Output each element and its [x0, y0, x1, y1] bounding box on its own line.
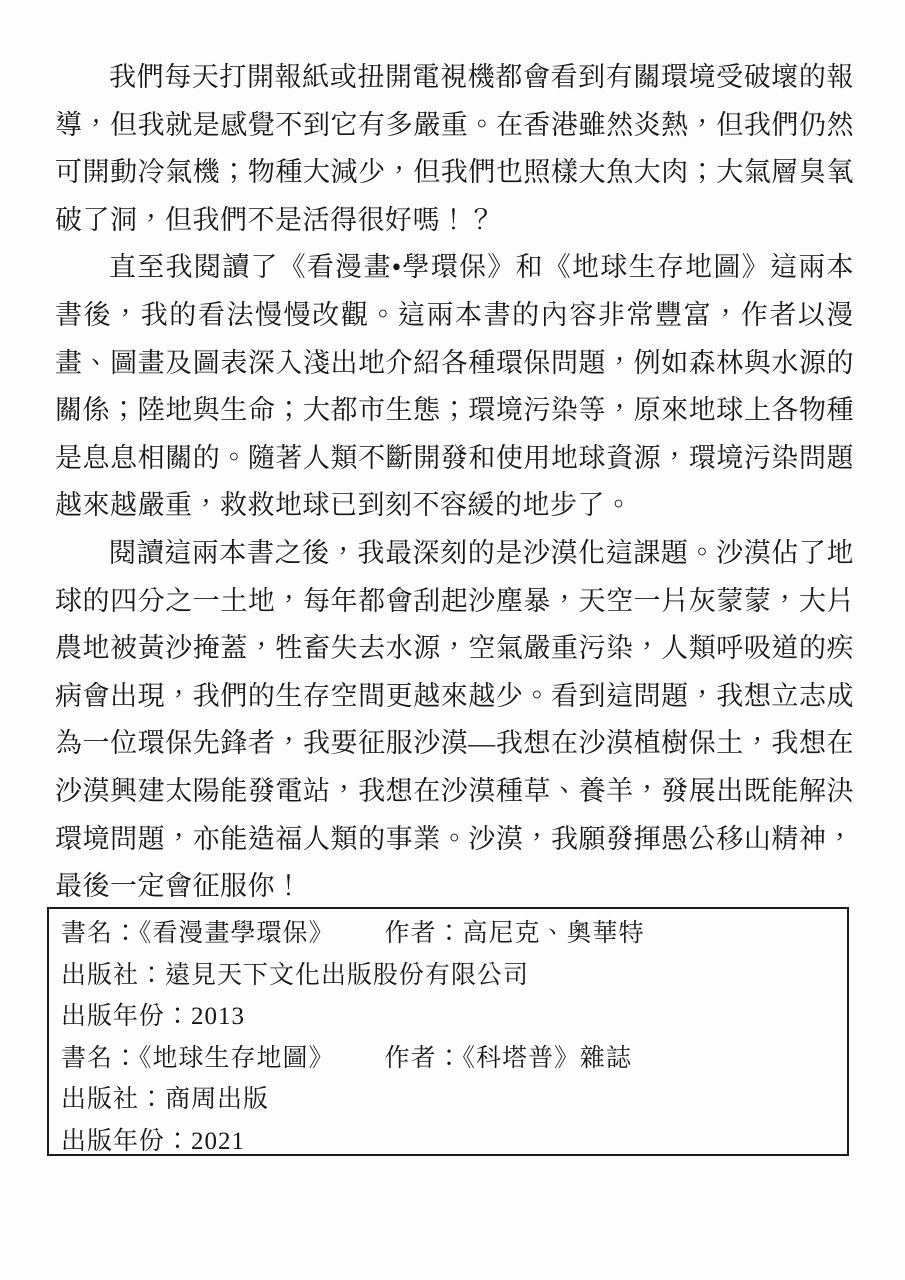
book2-author: 《科塔普》雜誌 — [463, 1045, 633, 1072]
book1-year-label: 出版年份： — [61, 1003, 191, 1030]
essay-paragraph-1: 我們每天打開報紙或扭開電視機都會看到有關環境受破壞的報導，但我就是感覺不到它有多… — [55, 54, 854, 244]
document-page: 我們每天打開報紙或扭開電視機都會看到有關環境受破壞的報導，但我就是感覺不到它有多… — [0, 0, 905, 1280]
book1-title-label: 書名： — [61, 920, 139, 947]
book1-title-author-line: 書名：《看漫畫學環保》作者：高尼克、奧華特 — [61, 913, 837, 955]
book1-publisher-label: 出版社： — [61, 962, 165, 989]
bibliography-box: 書名：《看漫畫學環保》作者：高尼克、奧華特 出版社：遠見天下文化出版股份有限公司… — [47, 907, 849, 1156]
book1-publisher-line: 出版社：遠見天下文化出版股份有限公司 — [61, 955, 837, 997]
essay-body: 我們每天打開報紙或扭開電視機都會看到有關環境受破壞的報導，但我就是感覺不到它有多… — [55, 54, 854, 911]
book2-year-line: 出版年份：2021 — [61, 1121, 837, 1163]
book1-publisher: 遠見天下文化出版股份有限公司 — [165, 962, 529, 989]
essay-paragraph-2: 直至我閱讀了《看漫畫•學環保》和《地球生存地圖》這兩本書後，我的看法慢慢改觀。這… — [55, 244, 854, 530]
book2-year: 2021 — [191, 1128, 245, 1155]
book1-author: 高尼克、奧華特 — [463, 920, 645, 947]
book2-author-label: 作者： — [385, 1045, 463, 1072]
essay-paragraph-3: 閱讀這兩本書之後，我最深刻的是沙漠化這課題。沙漠佔了地球的四分之一土地，每年都會… — [55, 530, 854, 911]
book1-author-label: 作者： — [385, 920, 463, 947]
book2-publisher-line: 出版社：商周出版 — [61, 1079, 837, 1121]
book2-title-author-line: 書名：《地球生存地圖》作者：《科塔普》雜誌 — [61, 1038, 837, 1080]
book2-title: 《地球生存地圖》 — [139, 1045, 335, 1072]
book1-title: 《看漫畫學環保》 — [139, 920, 335, 947]
book2-year-label: 出版年份： — [61, 1128, 191, 1155]
book2-title-label: 書名： — [61, 1045, 139, 1072]
book1-year: 2013 — [191, 1003, 245, 1030]
book1-year-line: 出版年份：2013 — [61, 996, 837, 1038]
book2-publisher: 商周出版 — [165, 1086, 269, 1113]
book2-publisher-label: 出版社： — [61, 1086, 165, 1113]
